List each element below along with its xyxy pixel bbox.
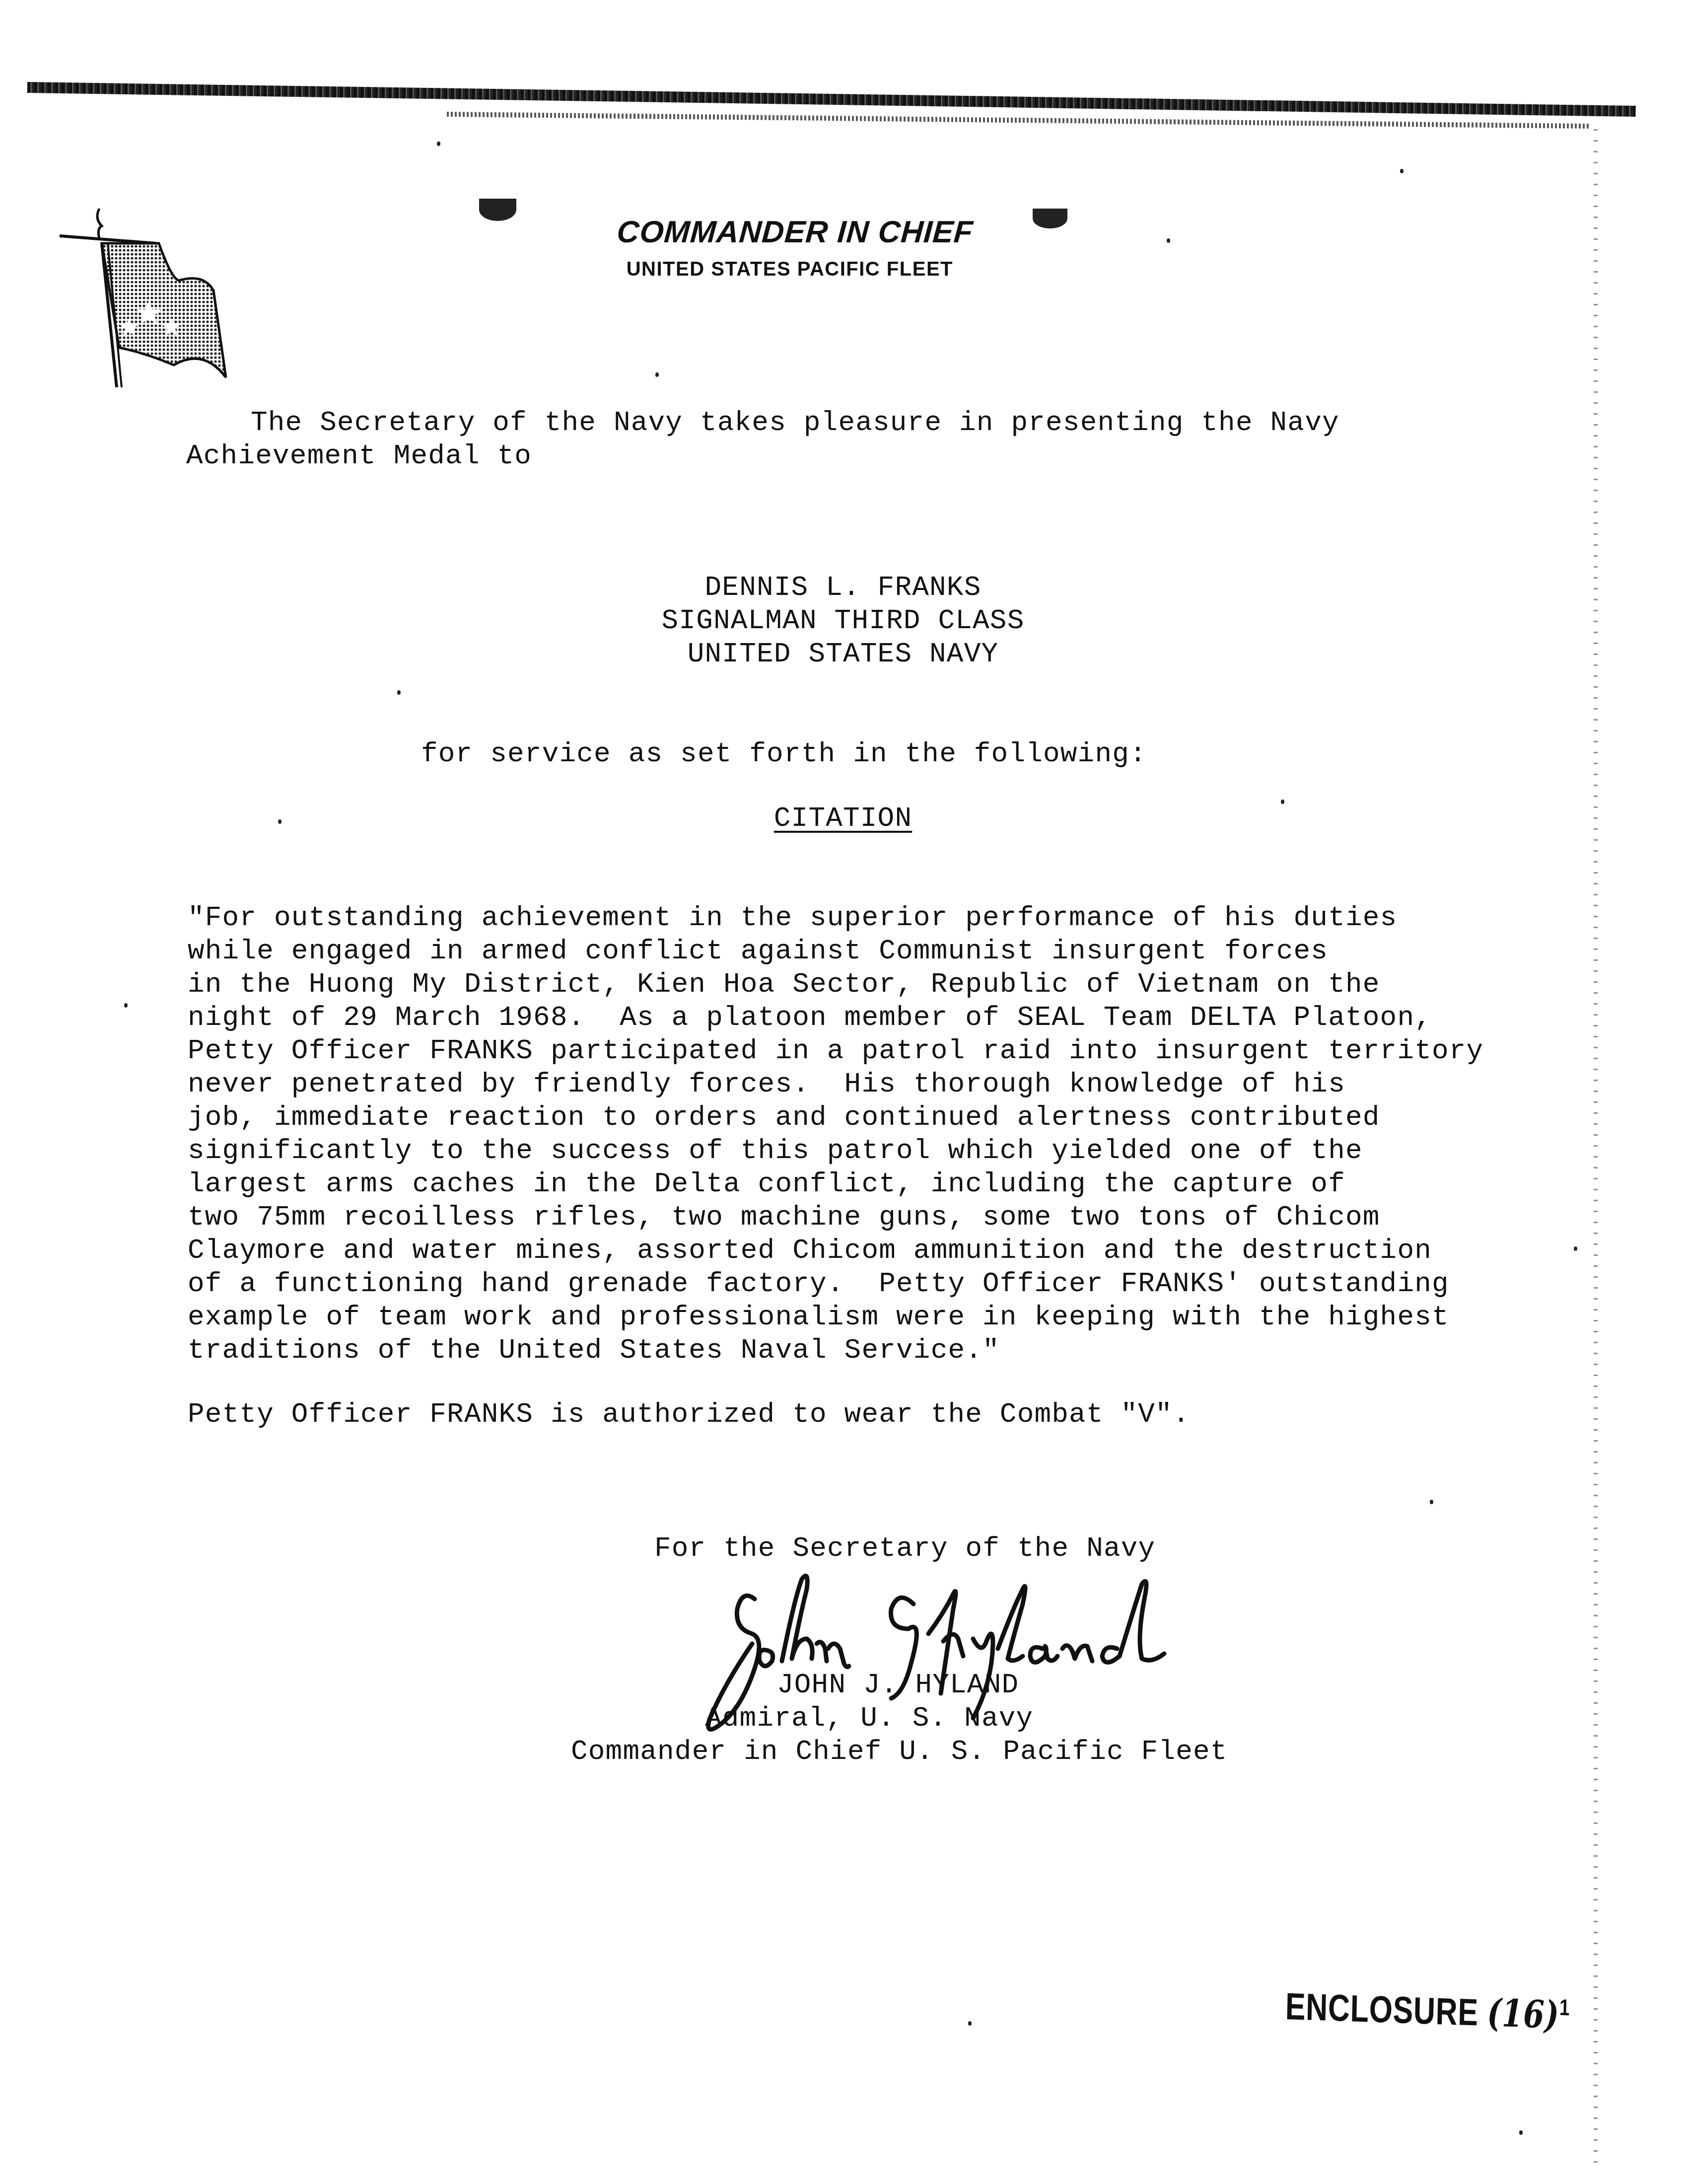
citation-line: Claymore and water mines, assorted Chico… xyxy=(188,1234,1483,1267)
citation-line: example of team work and professionalism… xyxy=(188,1301,1483,1334)
ink-blotch xyxy=(479,199,516,221)
scan-speck xyxy=(1519,2130,1523,2135)
intro-line-2: Achievement Medal to xyxy=(186,439,532,473)
enclosure-text: ENCLOSURE xyxy=(1285,1985,1479,2034)
citation-body: "For outstanding achievement in the supe… xyxy=(188,901,1483,1367)
letterhead-title: COMMANDER IN CHIEF xyxy=(595,215,975,250)
document-page: COMMANDER IN CHIEF UNITED STATES PACIFIC… xyxy=(0,0,1686,2184)
citation-heading: CITATION xyxy=(774,802,912,834)
citation-heading-row: CITATION xyxy=(0,802,1686,835)
citation-line: never penetrated by friendly forces. His… xyxy=(188,1068,1483,1101)
scan-speck xyxy=(124,1003,128,1008)
recipient-name: DENNIS L. FRANKS xyxy=(0,571,1686,604)
ink-blotch xyxy=(1033,209,1067,228)
enclosure-label: ENCLOSURE (16)1 xyxy=(1285,1984,1570,2038)
enclosure-superscript: 1 xyxy=(1559,1994,1570,2021)
flag-icon xyxy=(55,169,283,387)
citation-line: while engaged in armed conflict against … xyxy=(188,935,1483,968)
scan-speck xyxy=(1281,800,1284,804)
citation-line: night of 29 March 1968. As a platoon mem… xyxy=(188,1001,1483,1034)
service-line: for service as set forth in the followin… xyxy=(421,737,1147,771)
scan-speck xyxy=(437,142,440,146)
citation-line: of a functioning hand grenade factory. P… xyxy=(188,1267,1483,1301)
recipient-rank: SIGNALMAN THIRD CLASS xyxy=(0,604,1686,638)
scan-speck xyxy=(1574,1246,1577,1251)
citation-line: Petty Officer FRANKS participated in a p… xyxy=(188,1034,1483,1068)
recipient-block: DENNIS L. FRANKS SIGNALMAN THIRD CLASS U… xyxy=(0,571,1686,671)
citation-line: in the Huong My District, Kien Hoa Secto… xyxy=(188,968,1483,1001)
citation-line: largest arms caches in the Delta conflic… xyxy=(188,1167,1483,1201)
scan-speck xyxy=(397,690,401,695)
scan-speck xyxy=(968,2021,972,2026)
scan-speck xyxy=(1430,1500,1433,1504)
enclosure-number: (16) xyxy=(1487,1990,1560,2037)
citation-line: traditions of the United States Naval Se… xyxy=(188,1334,1483,1367)
top-border-rule-shadow xyxy=(447,112,1589,129)
top-border-rule xyxy=(27,82,1636,117)
scan-speck xyxy=(278,819,281,824)
recipient-service: UNITED STATES NAVY xyxy=(0,638,1686,671)
citation-line: significantly to the success of this pat… xyxy=(188,1134,1483,1167)
scan-speck xyxy=(655,372,659,377)
citation-line: job, immediate reaction to orders and co… xyxy=(188,1101,1483,1134)
scan-speck xyxy=(1400,169,1404,173)
scan-speck xyxy=(1167,238,1170,243)
intro-line-1: The Secretary of the Navy takes pleasure… xyxy=(251,406,1339,439)
scan-edge-artifact xyxy=(1594,129,1598,2165)
signatory-name: JOHN J. HYLAND xyxy=(777,1669,1019,1702)
combat-v-authorization: Petty Officer FRANKS is authorized to we… xyxy=(188,1398,1190,1431)
citation-line: "For outstanding achievement in the supe… xyxy=(188,901,1483,935)
signature-for-line: For the Secretary of the Navy xyxy=(654,1532,1155,1565)
letterhead-subtitle: UNITED STATES PACIFIC FLEET xyxy=(576,258,953,281)
citation-line: two 75mm recoilless rifles, two machine … xyxy=(188,1201,1483,1234)
signatory-title: Commander in Chief U. S. Pacific Fleet xyxy=(571,1735,1228,1768)
signatory-rank: Admiral, U. S. Navy xyxy=(705,1702,1033,1735)
